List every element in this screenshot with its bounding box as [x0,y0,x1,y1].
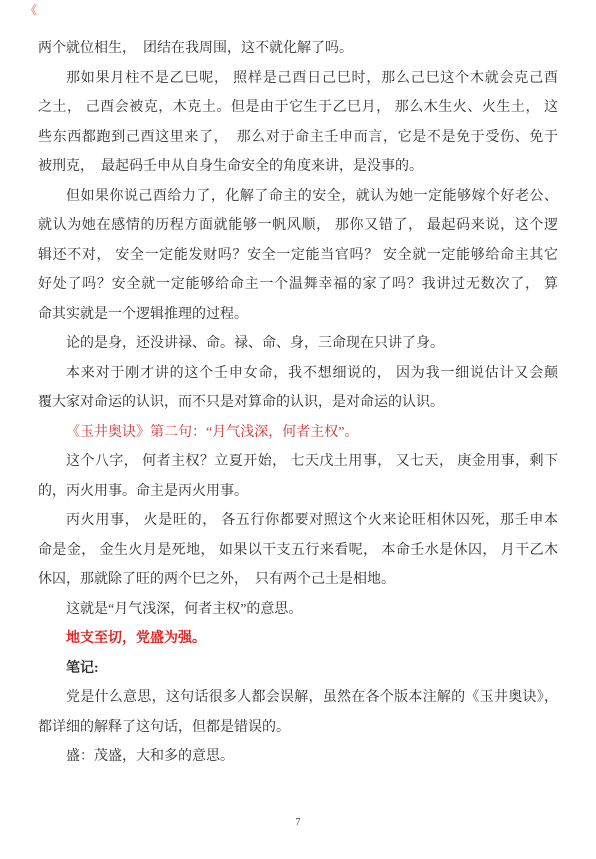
text-line: 地支至切，党盛为强。 [38,624,558,654]
text-segment: 盛 [66,749,80,764]
text-line: 笔记: [38,654,558,684]
text-line: 本来对于刚才讲的这个壬申女命，我不想细说的， 因为我一细说估计又会颠 [38,359,558,389]
text-line: 这就是“月气浅深，何者主权”的意思。 [38,595,558,625]
text-line: 的，丙火用事。命主是丙火用事。 [38,477,558,507]
text-line: 之土， 己酉会被克，木克土。但是由于它生于乙巳月， 那么木生火、火生土， 这 [38,93,558,123]
text-line: 休囚，那就除了旺的两个巳之外， 只有两个己土是相地。 [38,565,558,595]
text-line: 那如果月柱不是乙巳呢， 照样是己酉日己巳时，那么己巳这个木就会克己酉 [38,64,558,94]
text-line: 些东西都跑到己酉这里来了， 那么对于命主壬申而言，它是不是免于受伤、免于 [38,123,558,153]
text-line: 命其实就是一个逻辑推理的过程。 [38,300,558,330]
text-line: 丙火用事， 火是旺的， 各五行你都要对照这个火来论旺相休囚死，那壬申本 [38,506,558,536]
text-line: 论的是身，还没讲禄、命。禄、命、身，三命现在只讲了身。 [38,329,558,359]
text-line: 盛：茂盛，大和多的意思。 [38,742,558,772]
text-line: 命是金， 金生火月是死地， 如果以干支五行来看呢， 本命壬水是休囚， 月干乙木 [38,536,558,566]
text-line: 辑还不对， 安全一定能发财吗？安全一定能当官吗？ 安全就一定能够给命主其它 [38,241,558,271]
text-line: 被刑克， 最起码壬申从自身生命安全的角度来讲，是没事的。 [38,152,558,182]
text-line: 就认为她在感情的历程方面就能够一帆风顺， 那你又错了， 最起码来说，这个逻 [38,211,558,241]
text-line: 但如果你说己酉给力了，化解了命主的安全，就认为她一定能够嫁个好老公、 [38,182,558,212]
corner-mark: 《 [25,3,37,17]
text-line: 都详细的解释了这句话，但都是错误的。 [38,713,558,743]
text-line: 这个八字， 何者主权？立夏开始， 七天戊土用事， 又七天， 庚金用事，剩下 [38,447,558,477]
text-line: 好处了吗？安全就一定能够给命主一个温舞幸福的家了吗？我讲过无数次了， 算 [38,270,558,300]
document-page: 《 两个就位相生， 团结在我周围，这不就化解了吗。那如果月柱不是乙巳呢， 照样是… [0,0,596,859]
text-segment: 茂盛，大和多的意思。 [94,749,234,764]
text-line: 覆大家对命运的认识，而不只是对算命的认识，是对命运的认识。 [38,388,558,418]
text-line: 《玉井奥诀》第二句：“月气浅深，何者主权”。 [38,418,558,448]
document-body: 两个就位相生， 团结在我周围，这不就化解了吗。那如果月柱不是乙巳呢， 照样是己酉… [38,34,558,772]
text-line: 两个就位相生， 团结在我周围，这不就化解了吗。 [38,34,558,64]
text-line: 党是什么意思，这句话很多人都会误解，虽然在各个版本注解的《玉井奥诀》， [38,683,558,713]
text-segment-blue: ： [80,749,94,764]
page-number: 7 [0,816,596,830]
